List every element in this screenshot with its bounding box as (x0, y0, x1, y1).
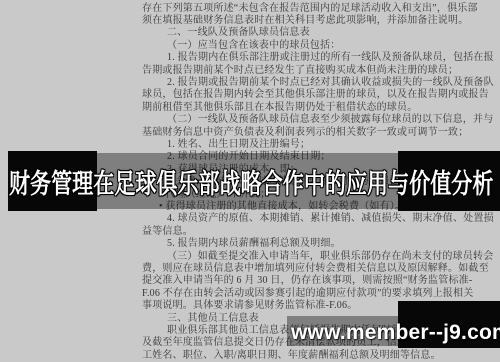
doc-line: 1. 报告期内在俱乐部注册或注册过的所有一线队及预备队球员，包括在报 (142, 52, 494, 64)
doc-line: 费，则应在球员信息表中增加填列应付转会费相关信息以及原因解释。如截至 (142, 263, 494, 275)
doc-line: 基础财务信息中资产负债表及利润表列示的相关数字一致或可调节一致； (142, 127, 494, 139)
doc-line: 1. 姓名、出生日期及注册编号； (142, 139, 494, 151)
doc-line: 益等信息。 (142, 226, 494, 238)
scanned-document-page: 存在下列第五项所述“未包含在报告范围内的足球活动收入和支出”，俱乐部须在填报基础… (0, 0, 500, 362)
doc-line: （三）如截至提交准入申请当年，职业俱乐部仍存在尚未支付的球员转会 (142, 251, 494, 263)
page-title: 财务管理在足球俱乐部战略合作中的应用与价值分析 (9, 170, 493, 198)
doc-line: 5. 报告期内球员薪酬福利总额及明细。 (142, 238, 494, 250)
doc-line: 二、一线队及预备队球员信息表 (142, 27, 494, 39)
watermark-url: www.member--j9.com (291, 321, 500, 345)
doc-line: （一）应当包含在该表中的球员包括： (142, 40, 494, 52)
doc-line: 工姓名、职位、入职/离职日期、年度薪酬福利总额及明细等信息。 (142, 350, 494, 362)
doc-line: 须在填报基础财务信息表时在相关科目考虑此项影响，并添加备注说明。 (142, 15, 494, 27)
doc-line: 存在下列第五项所述“未包含在报告范围内的足球活动收入和支出”，俱乐部 (142, 3, 494, 15)
doc-line: （二）一线队及预备队球员信息表至少须披露每位球员的以下信息，并与 (142, 114, 494, 126)
doc-line: 告期或报告期前某个时点已经发生了直接购买成本但尚未注册的球员； (142, 65, 494, 77)
doc-line: 2. 报告期或报告期前某个时点已经对其确认收益或损失的一线队及预备队 (142, 77, 494, 89)
doc-line: F.06 不存在由转会活动或因参赛引起的逾期应付款项”的要求填列上报相关 (142, 288, 494, 300)
doc-line: 期前租借至其他俱乐部且在本报告期仍处于租借状态的球员。 (142, 102, 494, 114)
doc-line: 4. 球员资产的原值、本期摊销、累计摊销、减值损失、期末净值、处置损 (142, 213, 494, 225)
doc-line: 提交准入申请当年的 6 月 30 日，仍存在该事项，则需按照“财务监管标准- (142, 275, 494, 287)
doc-line: 球员，包括在报告期内转会至其他俱乐部注册的球员，以及在报告期内或报告 (142, 89, 494, 101)
